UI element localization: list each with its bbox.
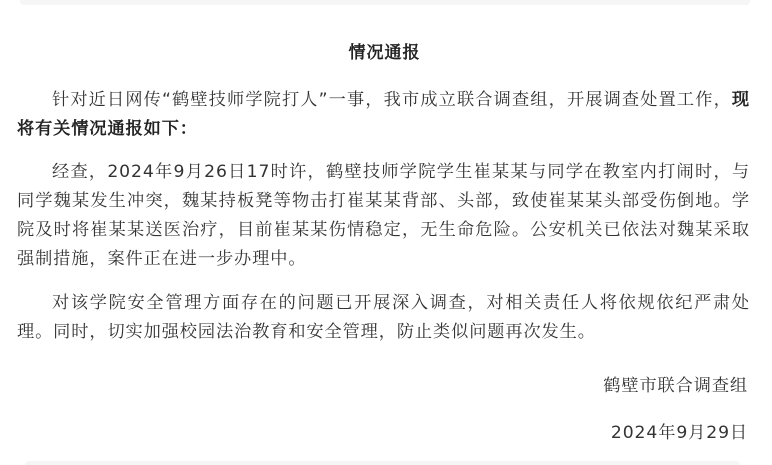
paragraph-followup: 对该学院安全管理方面存在的问题已开展深入调查，对相关责任人将依规依纪严肃处理。同…	[17, 289, 750, 347]
intro-text: 针对近日网传“鹤壁技师学院打人”一事，我市成立联合调查组，开展调查处置工作，	[52, 90, 732, 110]
paragraph-findings: 经查，2024年9月26日17时许，鹤壁技师学院学生崔某某与同学在教室内打闹时，…	[17, 158, 750, 274]
signature-date: 2024年9月29日	[611, 418, 748, 443]
bottom-divider-band	[25, 461, 740, 465]
signature-organization: 鹤壁市联合调查组	[603, 371, 748, 396]
top-divider-band	[20, 0, 750, 5]
paragraph-intro: 针对近日网传“鹤壁技师学院打人”一事，我市成立联合调查组，开展调查处置工作，现将…	[17, 86, 750, 144]
notice-title: 情况通报	[17, 38, 752, 63]
